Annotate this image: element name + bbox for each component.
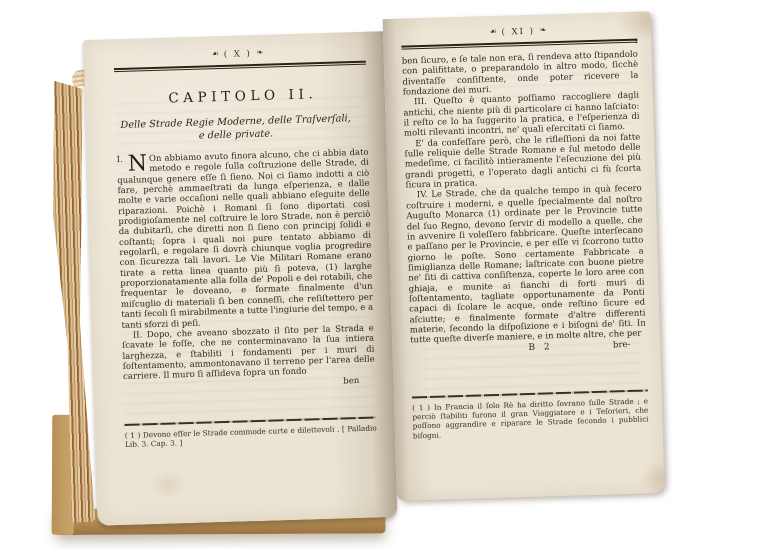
open-book: ☙ ( X ) ❧ CAPITOLO II. Delle Strade Regi… xyxy=(45,5,672,533)
fleuron-icon: ☙ xyxy=(490,27,497,36)
catchword: bre- xyxy=(613,340,631,351)
left-page: ☙ ( X ) ❧ CAPITOLO II. Delle Strade Regi… xyxy=(83,31,397,526)
fleuron-icon: ❧ xyxy=(540,25,547,34)
left-running-head: ☙ ( X ) ❧ xyxy=(113,46,361,63)
paragraph-1: I. N On abbiamo avuto finora alcuno, che… xyxy=(117,148,374,331)
chapter-subtitle: Delle Strade Regie Moderne, delle Traſve… xyxy=(85,112,386,146)
fleuron-icon: ❧ xyxy=(256,48,263,57)
paragraph-5: IV. Le Strade, che da qualche tempo in q… xyxy=(406,184,646,346)
left-footnote: ( 1 ) Devono eſſer le Strade commode cur… xyxy=(125,424,377,450)
section-number: I. xyxy=(117,155,123,166)
left-footnote-block: ( 1 ) Devono eſſer le Strade commode cur… xyxy=(124,417,377,450)
head-rule xyxy=(114,61,366,72)
paragraph-3: III. Queſto è quanto poſſiamo raccoglier… xyxy=(403,91,640,139)
signature-mark: B 2 xyxy=(528,342,552,353)
right-page: ☙ ( XI ) ❧ ben ſicuro, e ſe tale non era… xyxy=(383,11,665,501)
paragraph-4: E' da confeſſare però, che le rifleſſion… xyxy=(404,132,641,191)
catchword: ben xyxy=(343,376,359,387)
left-text-column: I. N On abbiamo avuto finora alcuno, che… xyxy=(117,148,376,393)
drop-cap: N xyxy=(128,154,150,173)
head-rule xyxy=(401,39,637,50)
right-footnote: ( 1 ) In Francia il ſolo Rè ha diritto ſ… xyxy=(412,396,649,440)
paragraph-2: II. Dopo, che aveano sbozzato il ſito pe… xyxy=(122,323,375,382)
left-folio-number: ( X ) xyxy=(224,49,252,60)
fleuron-icon: ☙ xyxy=(212,49,219,58)
right-folio-number: ( XI ) xyxy=(501,27,535,38)
chapter-title: CAPITOLO II. xyxy=(119,85,367,108)
right-footnote-block: ( 1 ) In Francia il ſolo Rè ha diritto ſ… xyxy=(412,389,649,440)
right-text-column: ben ſicuro, e ſe tale non era, ſi rendev… xyxy=(402,50,647,357)
paragraph-1-text: On abbiamo avuto finora alcuno, che ci a… xyxy=(117,148,373,331)
right-running-head: ☙ ( XI ) ❧ xyxy=(401,24,635,41)
photo-background: ☙ ( X ) ❧ CAPITOLO II. Delle Strade Regi… xyxy=(0,0,768,549)
